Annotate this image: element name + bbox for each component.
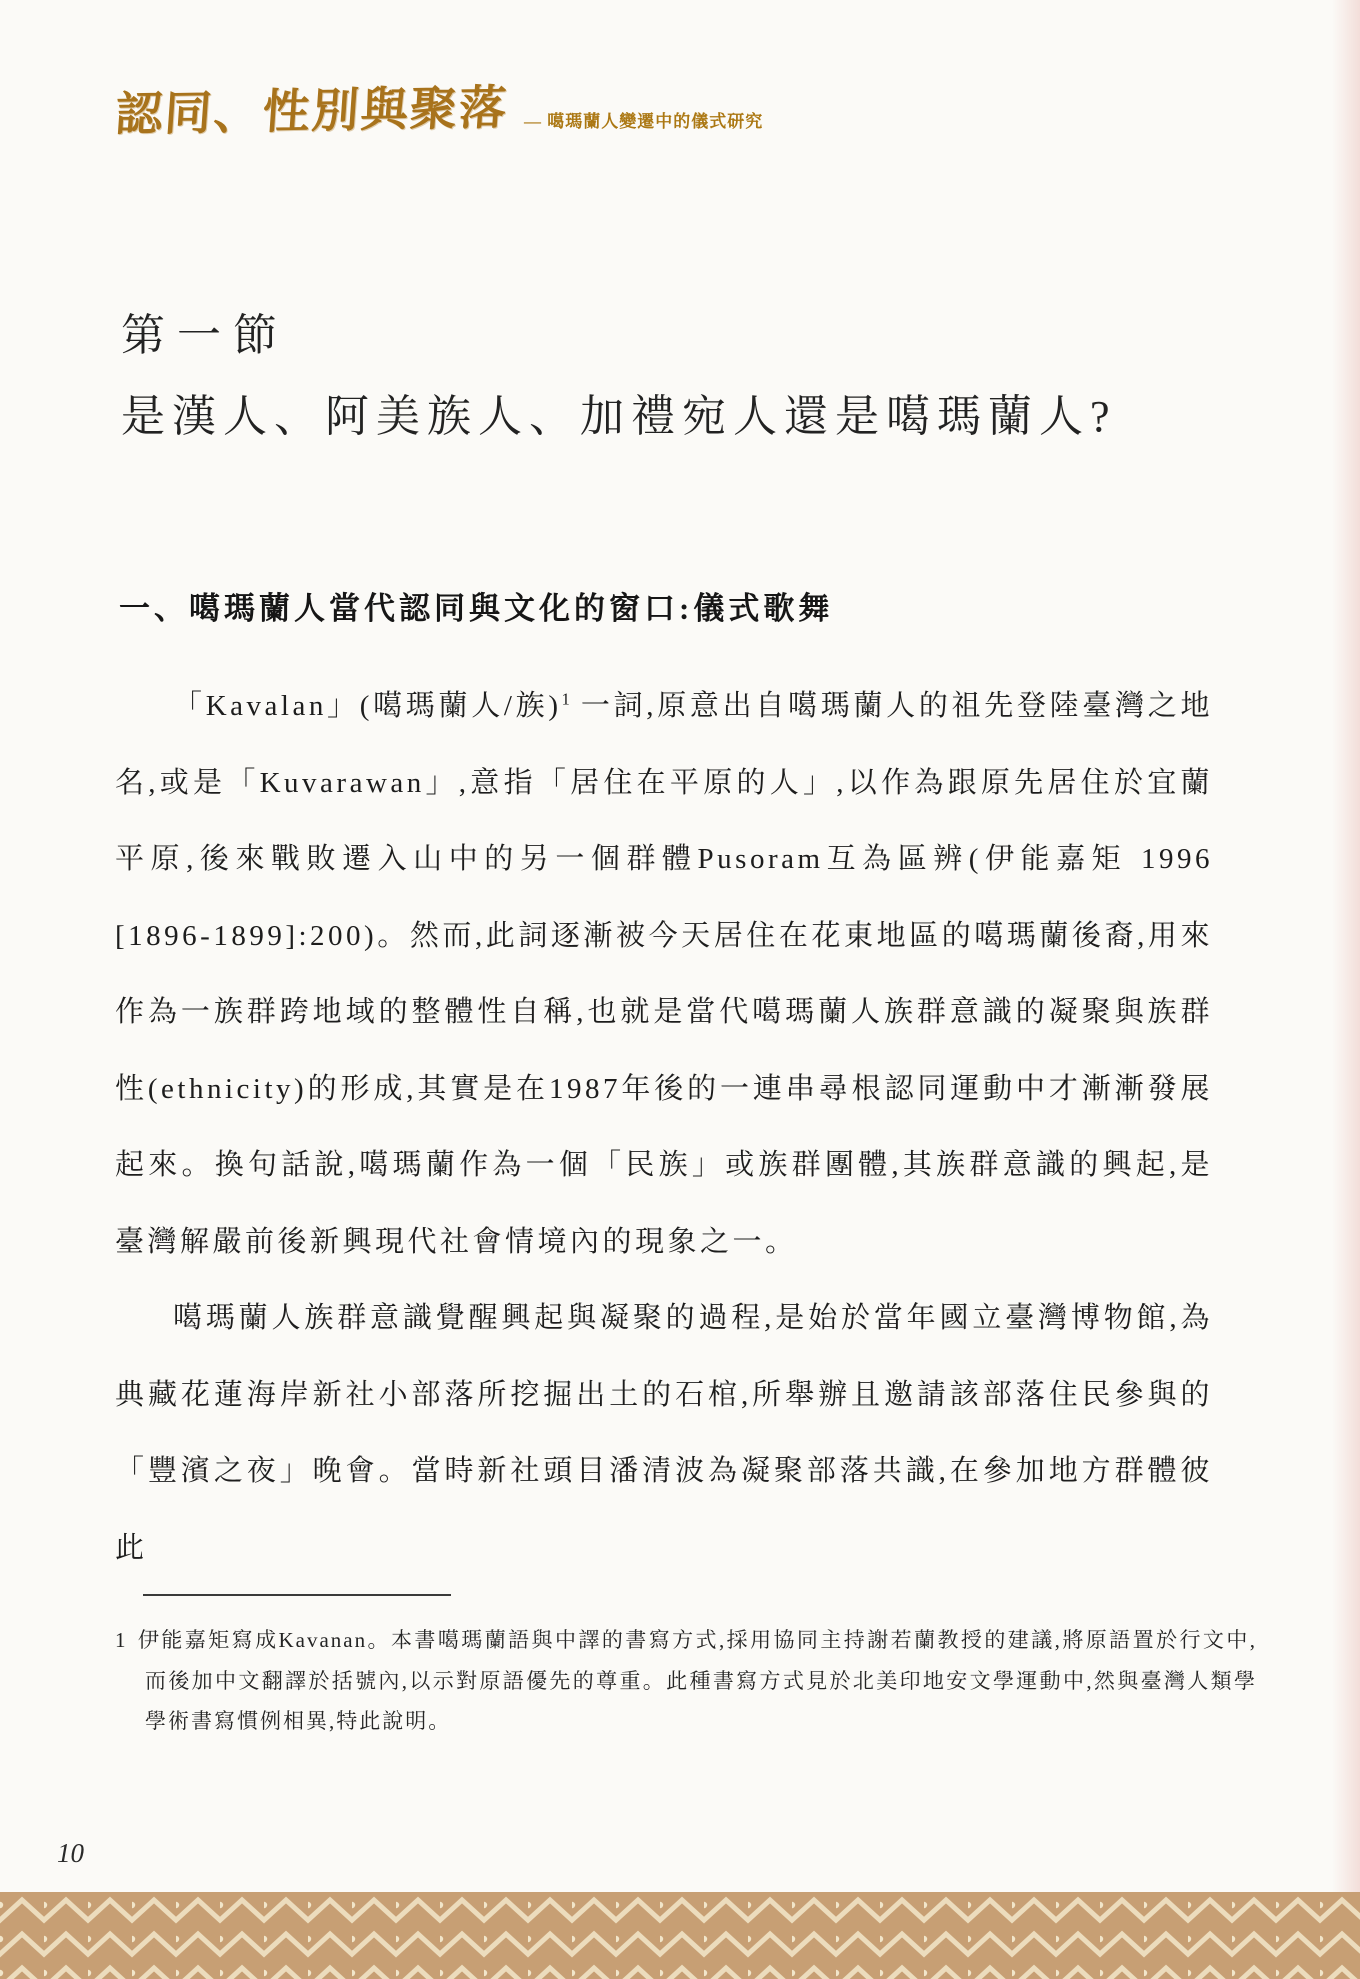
decorative-border-band	[0, 1892, 1360, 1979]
book-page: 認同、性別與聚落 — 噶瑪蘭人變遷中的儀式研究 第一節 是漢人、阿美族人、加禮宛…	[0, 0, 1360, 1979]
scan-edge-artifact	[1332, 0, 1360, 1892]
series-title-calligraphy: 認同、性別與聚落	[113, 71, 510, 145]
paragraph-2: 噶瑪蘭人族群意識覺醒興起與凝聚的過程,是始於當年國立臺灣博物館,為典藏花蓮海岸新…	[115, 1280, 1213, 1586]
paragraph-1: 「Kavalan」(噶瑪蘭人/族)1 一詞,原意出自噶瑪蘭人的祖先登陸臺灣之地名…	[115, 668, 1213, 1280]
paragraph-1-rest: 一詞,原意出自噶瑪蘭人的祖先登陸臺灣之地名,或是「Kuvarawan」,意指「居…	[115, 690, 1213, 1258]
footnote-block: 1伊能嘉矩寫成Kavanan。本書噶瑪蘭語與中譯的書寫方式,採用協同主持謝若蘭教…	[115, 1594, 1257, 1742]
book-header: 認同、性別與聚落 — 噶瑪蘭人變遷中的儀式研究	[116, 74, 763, 141]
section-number: 第一節	[121, 299, 289, 363]
footnote-1: 1伊能嘉矩寫成Kavanan。本書噶瑪蘭語與中譯的書寫方式,採用協同主持謝若蘭教…	[115, 1620, 1257, 1742]
zigzag-pattern	[0, 1892, 1360, 1979]
page-number: 10	[57, 1838, 84, 1869]
footnote-marker: 1	[115, 1628, 138, 1652]
subsection-heading: 一、噶瑪蘭人當代認同與文化的窗口:儀式歌舞	[119, 583, 833, 628]
footnote-ref-1: 1	[562, 689, 570, 708]
body-text: 「Kavalan」(噶瑪蘭人/族)1 一詞,原意出自噶瑪蘭人的祖先登陸臺灣之地名…	[115, 668, 1213, 1586]
paragraph-1-lead: 「Kavalan」(噶瑪蘭人/族)	[173, 690, 562, 722]
section-title: 是漢人、阿美族人、加禮宛人還是噶瑪蘭人?	[121, 380, 1117, 444]
footnote-separator	[143, 1594, 451, 1596]
series-subtitle: — 噶瑪蘭人變遷中的儀式研究	[524, 107, 763, 141]
footnote-text: 伊能嘉矩寫成Kavanan。本書噶瑪蘭語與中譯的書寫方式,採用協同主持謝若蘭教授…	[138, 1628, 1258, 1733]
